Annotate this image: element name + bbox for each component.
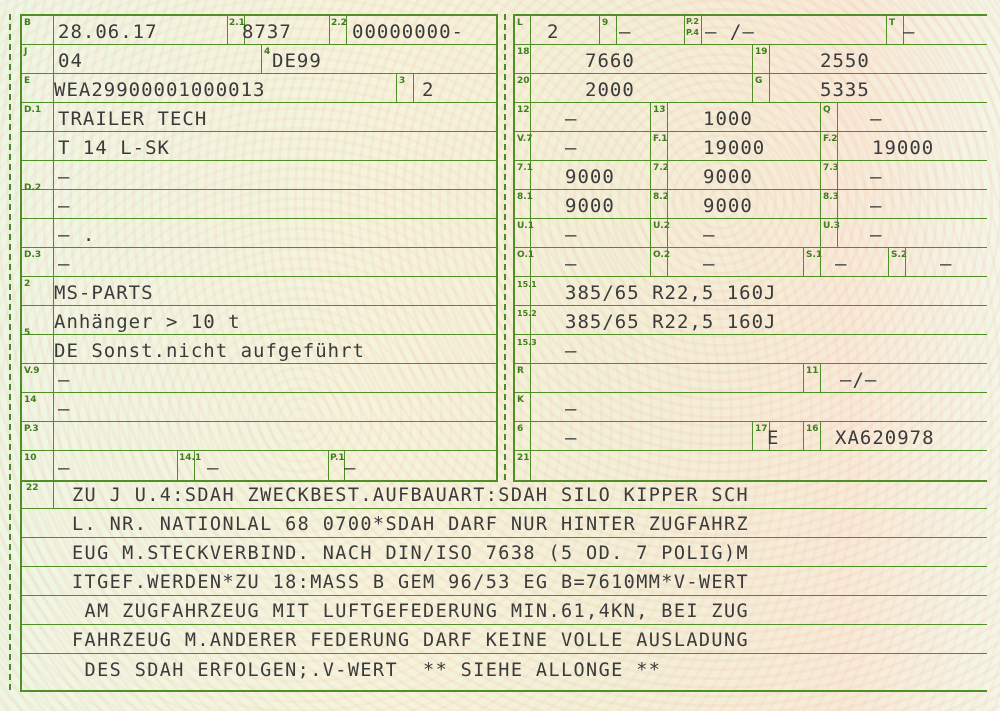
field-d3: – xyxy=(58,253,70,275)
field-6: – xyxy=(565,427,577,449)
field-d1-make: TRAILER TECH xyxy=(58,108,207,130)
label-12: 12 xyxy=(517,106,530,115)
perforation-line xyxy=(9,14,11,690)
label-4: 4 xyxy=(264,48,270,57)
field-d2-line1: – xyxy=(58,166,70,188)
remark-line-7: DES SDAH ERFOLGEN;.V-WERT ** SIEHE ALLON… xyxy=(22,654,987,683)
row-k: K – xyxy=(515,393,987,422)
field-8-2: 9000 xyxy=(703,195,753,217)
field-k: – xyxy=(565,398,577,420)
field-8-1: 9000 xyxy=(565,195,615,217)
row-d2-3: – . xyxy=(22,219,496,248)
row-v7: V.7 – F.1 19000 F.2 19000 xyxy=(515,132,987,161)
field-d2-line3: – . xyxy=(58,224,95,246)
label-13: 13 xyxy=(653,106,666,115)
remark-line-1: 22 ZU J U.4:SDAH ZWECKBEST.AUFBAUART:SDA… xyxy=(22,480,987,509)
field-2: MS-PARTS xyxy=(54,282,154,304)
field-d2-line2: – xyxy=(58,195,70,217)
row-u: U.1 – U.2 – U.3 – xyxy=(515,219,987,248)
field-7-1: 9000 xyxy=(565,166,615,188)
row-15-3: 15.3 – xyxy=(515,335,987,364)
label-d3: D.3 xyxy=(24,251,41,260)
field-j: 04 xyxy=(58,50,83,72)
row-e: E WEA29900001000013 3 2 xyxy=(22,74,496,103)
row-r: R 11 –/– xyxy=(515,364,987,393)
label-f1: F.1 xyxy=(653,135,668,144)
row-2: 2 MS-PARTS xyxy=(22,277,496,306)
field-15-2-tyre: 385/65 R22,5 160J xyxy=(565,311,776,333)
field-8-3: – xyxy=(870,195,882,217)
field-q: – xyxy=(870,108,882,130)
field-14: – xyxy=(58,398,70,420)
field-d1-type: T 14 L-SK xyxy=(58,137,170,159)
row-o: O.1 – O.2 – S.1 – S.2 – xyxy=(515,248,987,277)
field-11: –/– xyxy=(840,369,877,391)
field-7-2: 9000 xyxy=(703,166,753,188)
field-p2-p4: – /– xyxy=(705,21,755,43)
remark-text: DES SDAH ERFOLGEN;.V-WERT ** SIEHE ALLON… xyxy=(72,660,661,682)
label-t: T xyxy=(889,19,895,28)
remark-line-5: AM ZUGFAHRZEUG MIT LUFTGEFEDERUNG MIN.61… xyxy=(22,596,987,625)
label-14-1: 14.1 xyxy=(179,454,201,463)
field-o2: – xyxy=(703,253,715,275)
field-f1: 19000 xyxy=(703,137,765,159)
field-5-line2: DE Sonst.nicht aufgeführt xyxy=(54,340,365,362)
row-8: 8.1 9000 8.2 9000 8.3 – xyxy=(515,190,987,219)
remark-line-4: ITGEF.WERDEN*ZU 18:MASS B GEM 96/53 EG B… xyxy=(22,567,987,596)
label-15-1: 15.1 xyxy=(517,280,537,289)
row-d2-1: – xyxy=(22,161,496,190)
row-d1: D.1 TRAILER TECH xyxy=(22,103,496,132)
row-5-2: 5 DE Sonst.nicht aufgeführt xyxy=(22,335,496,364)
field-13: 1000 xyxy=(703,108,753,130)
label-3: 3 xyxy=(399,77,405,86)
label-14: 14 xyxy=(24,396,37,405)
right-panel: L 2 9 – P.2 P.4 – /– T – 18 7660 19 2550 xyxy=(513,14,987,482)
field-4: DE99 xyxy=(272,50,322,72)
field-14-1: – xyxy=(207,457,219,479)
row-10: 10 – 14.1 – P.1 – xyxy=(22,451,496,480)
remarks-panel: 22 ZU J U.4:SDAH ZWECKBEST.AUFBAUART:SDA… xyxy=(20,480,987,692)
label-v9: V.9 xyxy=(24,367,40,376)
field-u3: – xyxy=(870,224,882,246)
label-b: B xyxy=(24,19,31,28)
field-v7: – xyxy=(565,137,577,159)
registration-document: B 28.06.17 2.1 8737 2.2 00000000- J 04 4… xyxy=(0,0,1000,711)
field-18: 7660 xyxy=(585,50,635,72)
label-2: 2 xyxy=(24,280,30,289)
field-2-2: 00000000- xyxy=(352,21,464,43)
label-p4: P.4 xyxy=(686,28,699,37)
remark-text: AM ZUGFAHRZEUG MIT LUFTGEFEDERUNG MIN.61… xyxy=(72,601,749,623)
row-p3: P.3 xyxy=(22,422,496,451)
field-17: E xyxy=(767,427,779,449)
field-7-3: – xyxy=(870,166,882,188)
label-8-1: 8.1 xyxy=(517,193,533,202)
label-d1: D.1 xyxy=(24,106,41,115)
label-p1: P.1 xyxy=(330,454,345,463)
label-o1: O.1 xyxy=(517,251,534,260)
row-5-1: Anhänger > 10 t xyxy=(22,306,496,335)
field-16: XA620978 xyxy=(835,427,935,449)
label-21: 21 xyxy=(517,454,530,463)
field-p1: – xyxy=(344,457,356,479)
label-18: 18 xyxy=(517,48,530,57)
field-e-vin: WEA29900001000013 xyxy=(54,79,265,101)
label-j: J xyxy=(24,48,27,57)
label-d2: D.2 xyxy=(24,184,41,193)
label-g: G xyxy=(755,77,762,86)
label-19: 19 xyxy=(755,48,768,57)
row-d3: D.3 – xyxy=(22,248,496,277)
label-p3: P.3 xyxy=(24,425,39,434)
field-5-line1: Anhänger > 10 t xyxy=(54,311,241,333)
label-l: L xyxy=(517,19,523,28)
label-k: K xyxy=(517,396,524,405)
remark-line-6: FAHRZEUG M.ANDERER FEDERUNG DARF KEINE V… xyxy=(22,625,987,654)
label-15-3: 15.3 xyxy=(517,338,537,347)
remark-line-3: EUG M.STECKVERBIND. NACH DIN/ISO 7638 (5… xyxy=(22,538,987,567)
fold-line xyxy=(504,14,506,480)
label-6: 6 xyxy=(517,425,523,434)
label-11: 11 xyxy=(806,367,819,376)
label-22: 22 xyxy=(26,484,39,493)
row-l: L 2 9 – P.2 P.4 – /– T – xyxy=(515,16,987,45)
remark-text: FAHRZEUG M.ANDERER FEDERUNG DARF KEINE V… xyxy=(72,630,749,652)
left-panel: B 28.06.17 2.1 8737 2.2 00000000- J 04 4… xyxy=(20,14,498,482)
label-7-1: 7.1 xyxy=(517,164,533,173)
label-p2: P.2 xyxy=(686,17,699,26)
label-r: R xyxy=(517,367,524,376)
row-20: 20 2000 G 5335 xyxy=(515,74,987,103)
remark-text: L. NR. NATIONLAL 68 0700*SDAH DARF NUR H… xyxy=(72,514,749,536)
field-19: 2550 xyxy=(820,50,870,72)
field-o1: – xyxy=(565,253,577,275)
row-7: 7.1 9000 7.2 9000 7.3 – xyxy=(515,161,987,190)
row-15-2: 15.2 385/65 R22,5 160J xyxy=(515,306,987,335)
field-10: – xyxy=(58,457,70,479)
field-g: 5335 xyxy=(820,79,870,101)
field-9: – xyxy=(619,21,631,43)
label-u1: U.1 xyxy=(517,222,534,231)
remark-line-2: L. NR. NATIONLAL 68 0700*SDAH DARF NUR H… xyxy=(22,509,987,538)
field-s2: – xyxy=(940,253,952,275)
row-d2-2: D.2 – xyxy=(22,190,496,219)
field-b-date: 28.06.17 xyxy=(58,21,158,43)
label-15-2: 15.2 xyxy=(517,309,537,318)
field-12: – xyxy=(565,108,577,130)
label-16: 16 xyxy=(806,425,819,434)
label-e: E xyxy=(24,77,30,86)
field-u2: – xyxy=(703,224,715,246)
row-21: 21 xyxy=(515,451,987,480)
field-f2: 19000 xyxy=(872,137,934,159)
row-12: 12 – 13 1000 Q – xyxy=(515,103,987,132)
field-s1: – xyxy=(835,253,847,275)
field-3: 2 xyxy=(422,79,434,101)
row-15-1: 15.1 385/65 R22,5 160J xyxy=(515,277,987,306)
row-14: 14 – xyxy=(22,393,496,422)
field-15-1-tyre: 385/65 R22,5 160J xyxy=(565,282,776,304)
remark-text: ZU J U.4:SDAH ZWECKBEST.AUFBAUART:SDAH S… xyxy=(72,485,749,507)
field-2-1: 8737 xyxy=(242,21,292,43)
row-b: B 28.06.17 2.1 8737 2.2 00000000- xyxy=(22,16,496,45)
remark-text: EUG M.STECKVERBIND. NACH DIN/ISO 7638 (5… xyxy=(72,543,749,565)
label-17: 17 xyxy=(755,425,768,434)
field-v9: – xyxy=(58,369,70,391)
field-l: 2 xyxy=(547,21,559,43)
label-20: 20 xyxy=(517,77,530,86)
label-2-2: 2.2 xyxy=(331,19,347,28)
label-q: Q xyxy=(823,106,831,115)
row-6: 6 – 17 E 16 XA620978 xyxy=(515,422,987,451)
label-9: 9 xyxy=(602,19,608,28)
row-v9: V.9 – xyxy=(22,364,496,393)
remark-text: ITGEF.WERDEN*ZU 18:MASS B GEM 96/53 EG B… xyxy=(72,572,749,594)
row-18: 18 7660 19 2550 xyxy=(515,45,987,74)
row-d1-cont: T 14 L-SK xyxy=(22,132,496,161)
row-j: J 04 4 DE99 xyxy=(22,45,496,74)
label-5: 5 xyxy=(24,329,30,338)
field-u1: – xyxy=(565,224,577,246)
field-15-3: – xyxy=(565,340,577,362)
field-t: – xyxy=(903,21,915,43)
label-10: 10 xyxy=(24,454,37,463)
field-20: 2000 xyxy=(585,79,635,101)
label-v7: V.7 xyxy=(517,135,533,144)
label-f2: F.2 xyxy=(823,135,838,144)
